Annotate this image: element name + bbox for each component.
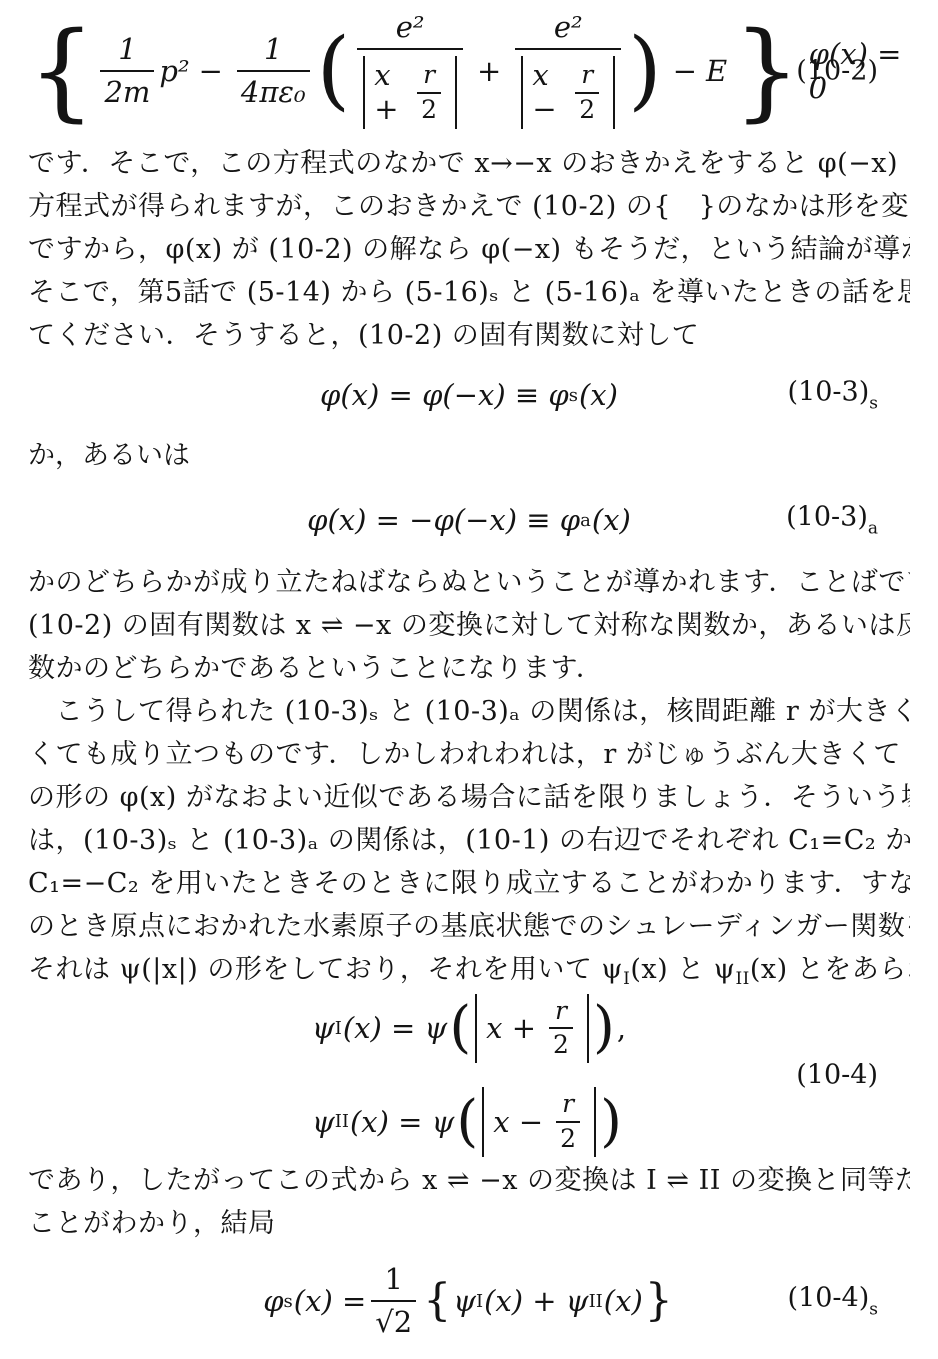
- arg: (x): [592, 503, 631, 537]
- numerator: e²: [392, 11, 429, 44]
- subscript-I: I: [335, 1018, 342, 1039]
- denominator: √2: [371, 1306, 416, 1339]
- arg: (x): [604, 1284, 643, 1318]
- numerator: r: [577, 61, 597, 90]
- symmetric-relation: φ(x) = φ(−x) ≡ φ: [320, 378, 569, 412]
- equation-pair: ψI(x) = ψ ( x + r 2 ) , ψII(x) = ψ ( x −: [312, 992, 626, 1159]
- textbook-page: { 1 2m p² − 1 4πε₀ ( e² x + r 2: [0, 0, 938, 1359]
- x-plus: x +: [486, 1011, 536, 1045]
- right-paren: ): [628, 31, 662, 110]
- x-plus: x +: [374, 59, 404, 126]
- paragraph-line: 数かのどちらかであるということになります．: [28, 647, 910, 690]
- subscript-II: II: [735, 969, 749, 989]
- antisymmetric-relation: φ(x) = −φ(−x) ≡ φ: [307, 503, 580, 537]
- equation-10-3a: φ(x) = −φ(−x) ≡ φa(x) (10-3)a: [28, 479, 910, 561]
- paragraph-3: こうして得られた (10-3)ₛ と (10-3)ₐ の関係は，核間距離 r が…: [28, 690, 910, 991]
- fraction-1-over-2m: 1 2m: [100, 33, 154, 110]
- label-subscript: s: [869, 394, 878, 414]
- left-brace: {: [423, 1281, 451, 1321]
- left-paren: (: [317, 31, 351, 110]
- numerator: 1: [114, 33, 140, 66]
- equals: (x) =: [294, 1284, 367, 1318]
- subscript-a: a: [580, 510, 591, 531]
- equation-label-10-2: (10-2): [796, 56, 878, 87]
- right-paren: ): [593, 1002, 615, 1054]
- fraction-bar: [100, 70, 154, 72]
- label-subscript: a: [868, 519, 878, 539]
- paragraph-line: C₁=−C₂ を用いたときそのときに限り成立することがわかります．すなわち，こ: [28, 862, 910, 905]
- paragraph-line: かのどちらかが成り立たねばならぬということが導かれます．ことばでいうと，: [28, 561, 910, 604]
- equation-10-3s: φ(x) = φ(−x) ≡ φs(x) (10-3)s: [28, 357, 910, 433]
- paragraph-line: てください．そうすると，(10-2) の固有関数に対して: [28, 314, 910, 357]
- plus-psi: (x) + ψ: [484, 1284, 588, 1318]
- paragraph-line: 方程式が得られますが，このおきかえで (10-2) の{ }のなかは形を変えませ…: [28, 185, 910, 228]
- denominator: 2m: [100, 76, 154, 109]
- fraction-r-over-2: r 2: [556, 1090, 580, 1154]
- denominator: 2: [549, 1031, 573, 1060]
- equation-10-4s: φs(x) = 1 √2 { ψI(x) + ψII(x) } (10-4)s: [28, 1245, 910, 1357]
- paragraph-line: こうして得られた (10-3)ₛ と (10-3)ₐ の関係は，核間距離 r が…: [28, 690, 910, 733]
- numerator: e²: [550, 11, 587, 44]
- fraction-bar: [549, 1027, 573, 1029]
- absolute-value: x − r 2: [482, 1087, 596, 1157]
- equals-psi: (x) = ψ: [350, 1105, 454, 1139]
- fraction-e2-over-abs-x-minus-r2: e² x − r 2: [515, 11, 621, 131]
- paragraph-1: です．そこで，この方程式のなかで x→−x のおきかえをすると φ(−x) に対…: [28, 142, 910, 357]
- paragraph-line: のとき原点におかれた水素原子の基底状態でのシュレーディンガー関数を考えると，: [28, 905, 910, 948]
- left-paren: (: [456, 1096, 478, 1148]
- absolute-value: x + r 2: [363, 56, 457, 129]
- denominator: 4πε₀: [237, 76, 310, 109]
- fraction-r-over-2: r 2: [417, 61, 441, 125]
- subscript-II: II: [589, 1291, 603, 1312]
- numerator: r: [551, 997, 571, 1026]
- denominator: x − r 2: [515, 54, 621, 131]
- paragraph-line: (10-2) の固有関数は x ⇌ −x の変換に対して対称な関数か，あるいは反…: [28, 604, 910, 647]
- left-brace: {: [28, 22, 95, 120]
- paragraph-line: であり，したがってこの式から x ⇌ −x の変換は I ⇌ II の変換と同等…: [28, 1159, 910, 1202]
- psi: ψ: [453, 1284, 476, 1318]
- subscript-I: I: [476, 1291, 483, 1312]
- fraction-coulomb-constant: 1 4πε₀: [237, 33, 310, 110]
- minus-operator: −: [673, 54, 697, 88]
- psi: ψ: [312, 1011, 335, 1045]
- right-brace: }: [733, 22, 800, 120]
- paragraph-line: は，(10-3)ₛ と (10-3)ₐ の関係は，(10-1) の右辺でそれぞれ…: [28, 819, 910, 862]
- fraction-bar: [237, 70, 310, 72]
- label-subscript: s: [869, 1300, 878, 1320]
- plus-operator: +: [477, 54, 501, 88]
- x-minus: x −: [532, 59, 562, 126]
- equation-10-4-line1: ψI(x) = ψ ( x + r 2 ) ,: [312, 992, 626, 1066]
- paragraph-2: かのどちらかが成り立たねばならぬということが導かれます．ことばでいうと， (10…: [28, 561, 910, 690]
- denominator: 2: [417, 96, 441, 125]
- equation-label-10-4: (10-4): [796, 1060, 878, 1091]
- paragraph-line: ですから，φ(x) が (10-2) の解なら φ(−x) もそうだ，という結論…: [28, 228, 910, 271]
- numerator: 1: [381, 1263, 407, 1296]
- arg: (x): [579, 378, 618, 412]
- paragraph-line: そこで，第5話で (5-14) から (5-16)ₛ と (5-16)ₐ を導い…: [28, 271, 910, 314]
- fraction-1-over-sqrt2: 1 √2: [371, 1263, 416, 1340]
- psi: ψ: [312, 1105, 335, 1139]
- numerator: r: [558, 1090, 578, 1119]
- paragraph-line: です．そこで，この方程式のなかで x→−x のおきかえをすると φ(−x) に対…: [28, 142, 910, 185]
- absolute-value: x + r 2: [475, 994, 589, 1064]
- equation-10-2: { 1 2m p² − 1 4πε₀ ( e² x + r 2: [28, 0, 910, 142]
- equation-10-4: ψI(x) = ψ ( x + r 2 ) , ψII(x) = ψ ( x −: [28, 991, 910, 1159]
- equation-label-10-4s: (10-4)s: [788, 1283, 878, 1320]
- left-paren: (: [449, 1002, 471, 1054]
- fraction-bar: [417, 92, 441, 94]
- fraction-r-over-2: r 2: [575, 61, 599, 125]
- paragraph-4: であり，したがってこの式から x ⇌ −x の変換は I ⇌ II の変換と同等…: [28, 1159, 910, 1245]
- denominator: 2: [575, 96, 599, 125]
- equation-label-10-3a: (10-3)a: [786, 502, 878, 539]
- absolute-value: x − r 2: [521, 56, 615, 129]
- x-minus: x −: [493, 1105, 543, 1139]
- paragraph-line: の形の φ(x) がなおよい近似である場合に話を限りましょう．そういう場合に: [28, 776, 910, 819]
- fraction-bar: [515, 48, 621, 50]
- paragraph-line: くても成り立つものです．しかしわれわれは，r がじゅうぶん大きくて (10-1): [28, 733, 910, 776]
- denominator: x + r 2: [357, 54, 463, 131]
- subscript-II: II: [335, 1111, 349, 1132]
- numerator: r: [419, 61, 439, 90]
- right-brace: }: [645, 1281, 673, 1321]
- fraction-bar: [371, 1300, 416, 1302]
- energy-E: E: [706, 54, 727, 88]
- minus-operator: −: [199, 54, 223, 88]
- phi: φ: [263, 1284, 283, 1318]
- denominator: 2: [556, 1125, 580, 1154]
- numerator: 1: [260, 33, 286, 66]
- equation-10-4-line2: ψII(x) = ψ ( x − r 2 ): [312, 1085, 624, 1159]
- fraction-e2-over-abs-x-plus-r2: e² x + r 2: [357, 11, 463, 131]
- equals-psi: (x) = ψ: [343, 1011, 447, 1045]
- subscript-s: s: [284, 1291, 293, 1312]
- paragraph-line-with-psi-subscripts: それは ψ(|x|) の形をしており，それを用いて ψI(x) と ψII(x)…: [28, 948, 910, 991]
- fraction-bar: [357, 48, 463, 50]
- subscript-s: s: [569, 385, 578, 406]
- right-paren: ): [600, 1096, 622, 1148]
- comma: ,: [617, 1011, 626, 1045]
- fraction-r-over-2: r 2: [549, 997, 573, 1061]
- text-line-or: か，あるいは: [28, 433, 910, 479]
- equation-label-10-3s: (10-3)s: [788, 377, 878, 414]
- paragraph-line: ことがわかり，結局: [28, 1202, 910, 1245]
- fraction-bar: [556, 1121, 580, 1123]
- p-squared: p²: [159, 54, 189, 88]
- fraction-bar: [575, 92, 599, 94]
